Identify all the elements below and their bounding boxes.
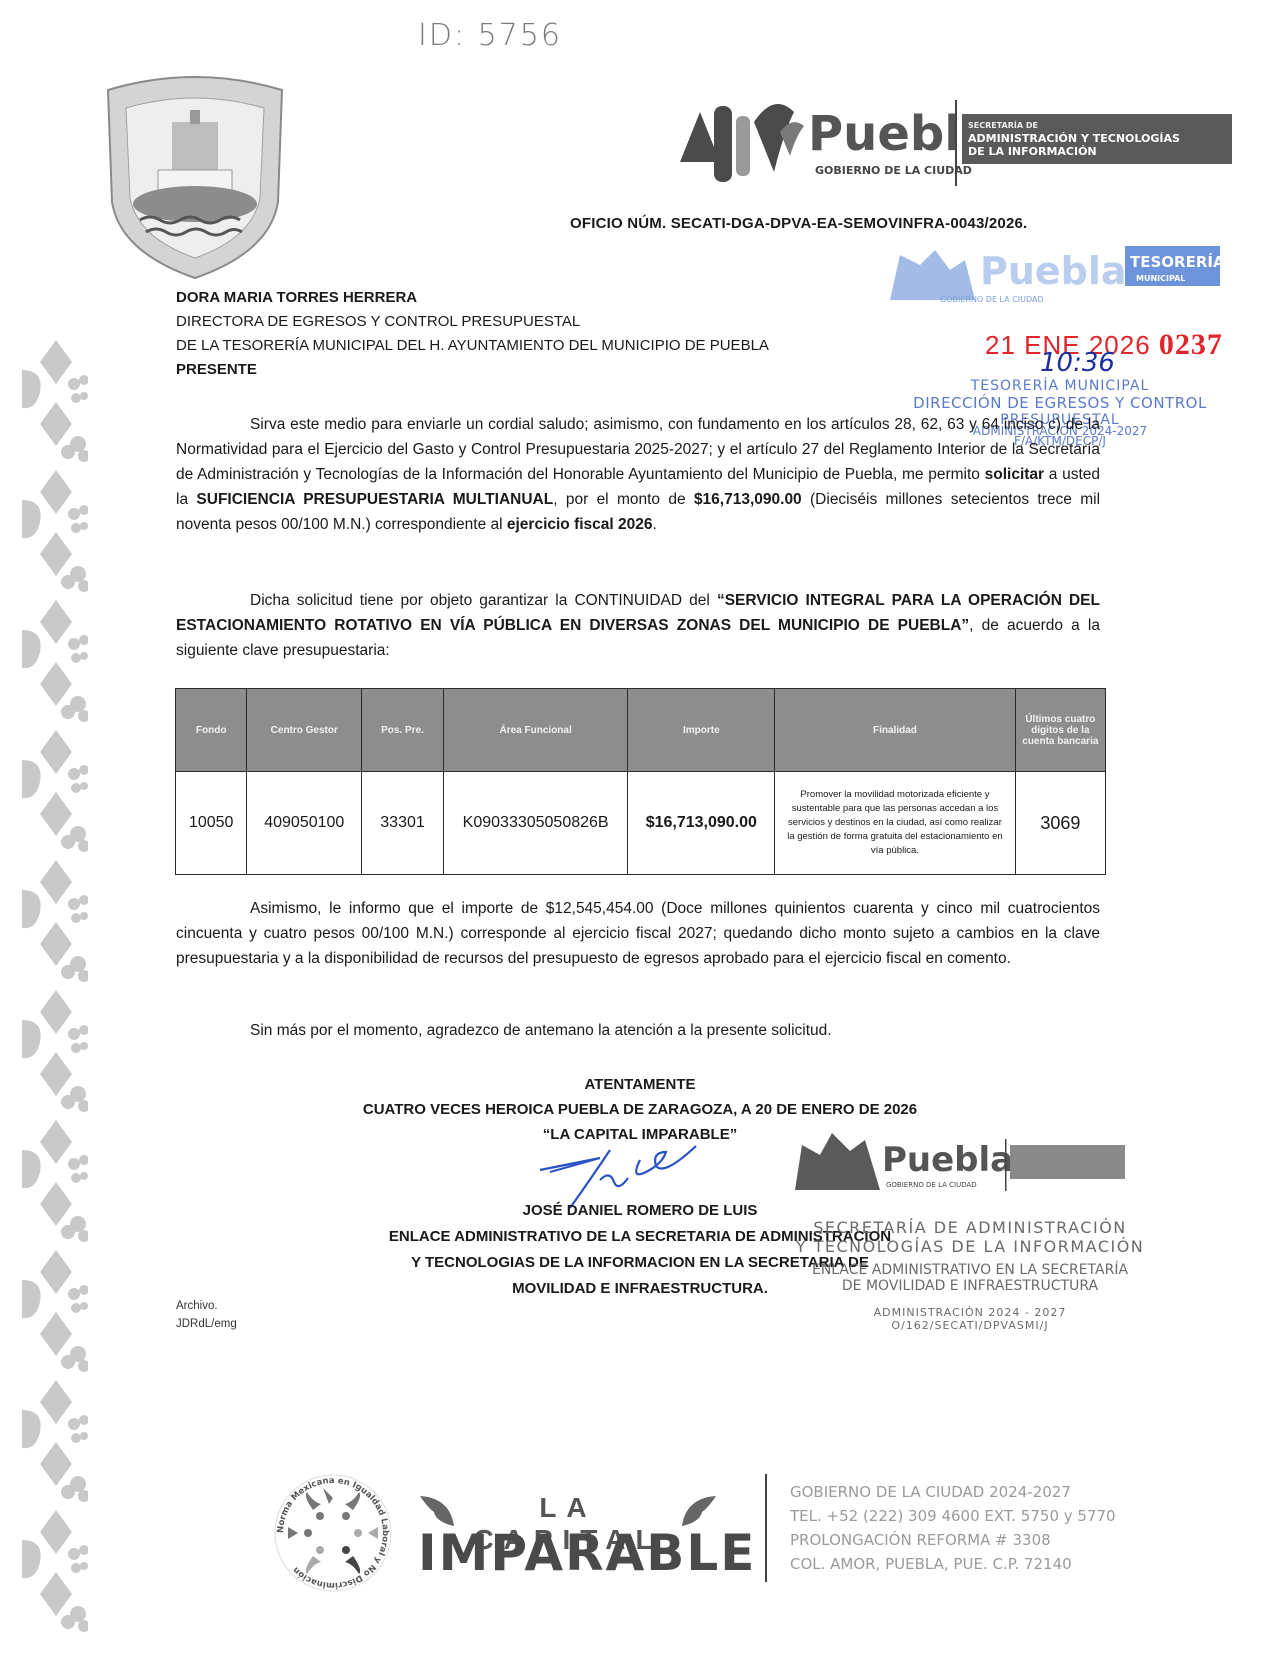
recipient-title-1: DIRECTORA DE EGRESOS Y CONTROL PRESUPUES…	[176, 310, 769, 334]
svg-text:GOBIERNO DE LA CIUDAD: GOBIERNO DE LA CIUDAD	[886, 1181, 977, 1189]
col-importe: Importe	[628, 689, 775, 772]
col-centro-gestor: Centro Gestor	[247, 689, 362, 772]
col-cuenta: Últimos cuatro dígitos de la cuenta banc…	[1015, 689, 1105, 772]
col-fondo: Fondo	[176, 689, 247, 772]
recipient-block: DORA MARIA TORRES HERRERA DIRECTORA DE E…	[176, 286, 769, 382]
decorative-border-icon	[18, 340, 88, 1640]
logo-subtitle: GOBIERNO DE LA CIUDAD	[815, 164, 972, 177]
tesoreria-stamp-logo: Puebla GOBIERNO DE LA CIUDAD TESORERÍA M…	[880, 240, 1220, 310]
svg-text:GOBIERNO DE LA CIUDAD: GOBIERNO DE LA CIUDAD	[940, 295, 1044, 304]
oficio-number: OFICIO NÚM. SECATI-DGA-DPVA-EA-SEMOVINFR…	[570, 215, 1027, 232]
svg-text:SECRETARÍA DE: SECRETARÍA DE	[968, 119, 1038, 130]
greeting: PRESENTE	[176, 358, 769, 382]
equality-certification-badge-icon: Norma Mexicana en Igualdad Laboral y No …	[268, 1468, 398, 1598]
paragraph-request: Sirva este medio para enviarle un cordia…	[176, 412, 1100, 537]
col-finalidad: Finalidad	[775, 689, 1015, 772]
svg-text:ADMINISTRACIÓN Y TECNOLOGÍAS: ADMINISTRACIÓN Y TECNOLOGÍAS	[968, 132, 1180, 145]
puebla-government-logo: Puebla GOBIERNO DE LA CIUDAD SECRETARÍA …	[680, 92, 1240, 192]
col-pos-pre: Pos. Pre.	[362, 689, 444, 772]
svg-text:Puebla: Puebla	[980, 249, 1127, 293]
sender-seal-text: SECRETARÍA DE ADMINISTRACIÓN Y TECNOLOGÍ…	[790, 1218, 1150, 1332]
paragraph-2027-amount: Asimismo, le informo que el importe de $…	[176, 896, 1100, 971]
svg-text:TESORERÍA: TESORERÍA	[1130, 252, 1220, 271]
la-capital-imparable-logo: LA CAPITAL IMPARABLE	[418, 1490, 718, 1580]
budget-key-table: Fondo Centro Gestor Pos. Pre. Área Funci…	[175, 688, 1106, 875]
svg-text:MUNICIPAL: MUNICIPAL	[1136, 274, 1185, 283]
footer-divider	[765, 1474, 767, 1582]
handwritten-id: ID: 5756	[418, 18, 562, 53]
archive-reference: Archivo. JDRdL/emg	[176, 1297, 237, 1333]
col-area-funcional: Área Funcional	[443, 689, 628, 772]
footer-contact-info: GOBIERNO DE LA CIUDAD 2024-2027 TEL. +52…	[790, 1480, 1116, 1576]
recipient-name: DORA MARIA TORRES HERRERA	[176, 286, 769, 310]
paragraph-purpose: Dicha solicitud tiene por objeto garanti…	[176, 588, 1100, 663]
recipient-title-2: DE LA TESORERÍA MUNICIPAL DEL H. AYUNTAM…	[176, 334, 769, 358]
table-row: 10050 409050100 33301 K09033305050826B $…	[176, 772, 1106, 875]
municipal-crest-icon	[100, 72, 290, 282]
reception-time-handwritten: 10:36	[1040, 348, 1115, 378]
svg-text:DE LA INFORMACIÓN: DE LA INFORMACIÓN	[968, 145, 1097, 158]
paragraph-closing: Sin más por el momento, agradezco de ant…	[176, 1018, 1100, 1043]
sender-seal-logo: Puebla GOBIERNO DE LA CIUDAD	[790, 1125, 1150, 1195]
svg-text:Puebla: Puebla	[882, 1140, 1013, 1180]
